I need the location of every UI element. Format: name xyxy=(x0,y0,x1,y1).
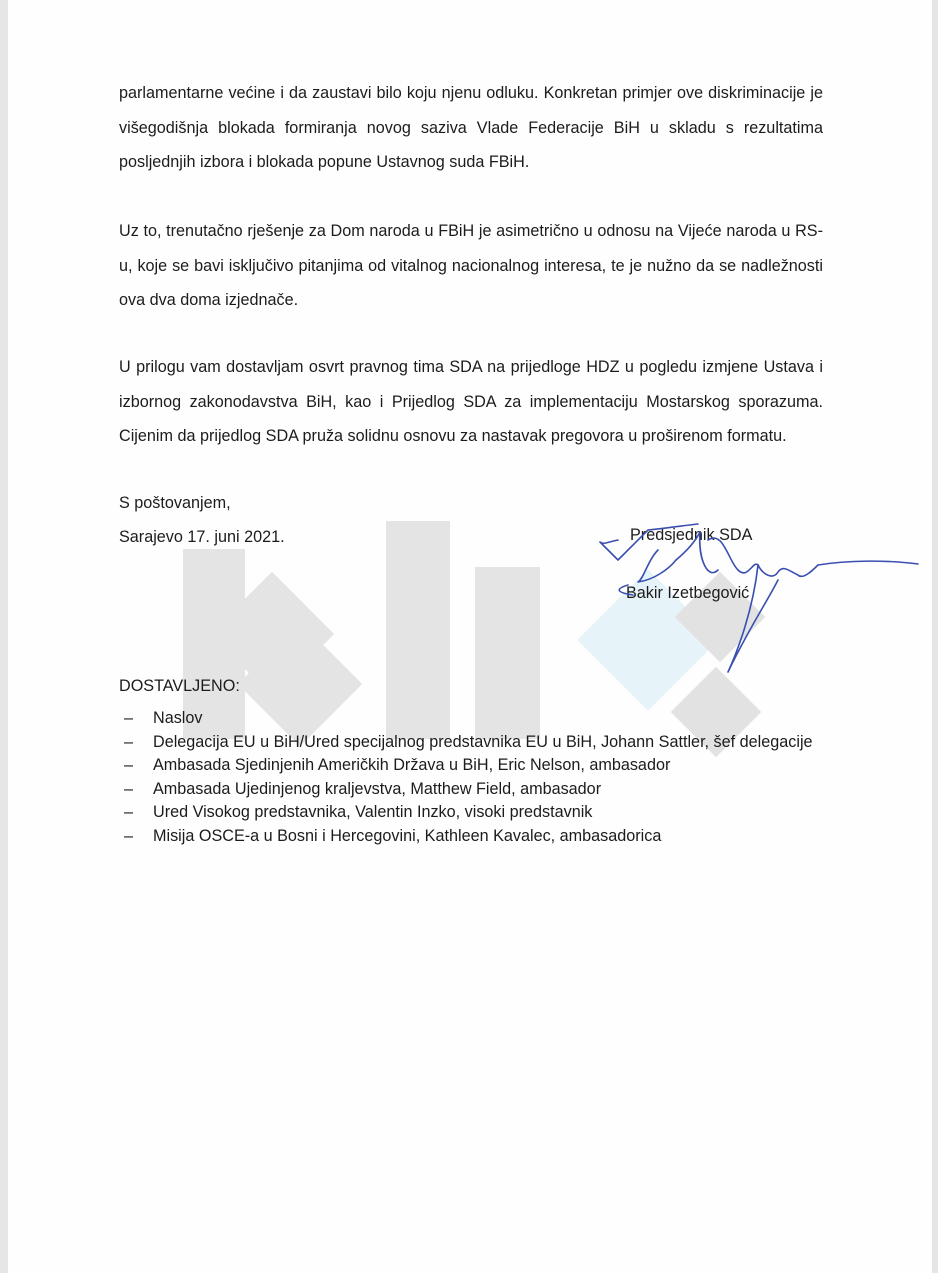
dash-bullet: – xyxy=(124,778,133,802)
dash-bullet: – xyxy=(124,707,133,731)
distribution-item: –Ambasada Sjedinjenih Američkih Država u… xyxy=(119,754,813,778)
distribution-item: –Delegacija EU u BiH/Ured specijalnog pr… xyxy=(119,731,813,755)
dash-bullet: – xyxy=(124,731,133,755)
dash-bullet: – xyxy=(124,825,133,849)
distribution-heading: DOSTAVLJENO: xyxy=(119,677,240,696)
distribution-item: –Misija OSCE-a u Bosni i Hercegovini, Ka… xyxy=(119,825,813,849)
closing: S poštovanjem, xyxy=(119,494,231,513)
distribution-item: –Naslov xyxy=(119,707,813,731)
paragraph-1: parlamentarne većine i da zaustavi bilo … xyxy=(119,76,823,180)
document-page: parlamentarne većine i da zaustavi bilo … xyxy=(8,0,932,1273)
place-date: Sarajevo 17. juni 2021. xyxy=(119,528,285,547)
dash-bullet: – xyxy=(124,801,133,825)
distribution-item: –Ured Visokog predstavnika, Valentin Inz… xyxy=(119,801,813,825)
dash-bullet: – xyxy=(124,754,133,778)
distribution-list: –Naslov –Delegacija EU u BiH/Ured specij… xyxy=(119,707,813,848)
handwritten-signature xyxy=(588,520,938,680)
distribution-item: –Ambasada Ujedinjenog kraljevstva, Matth… xyxy=(119,778,813,802)
paragraph-2: Uz to, trenutačno rješenje za Dom naroda… xyxy=(119,214,823,318)
paragraph-3: U prilogu vam dostavljam osvrt pravnog t… xyxy=(119,350,823,454)
